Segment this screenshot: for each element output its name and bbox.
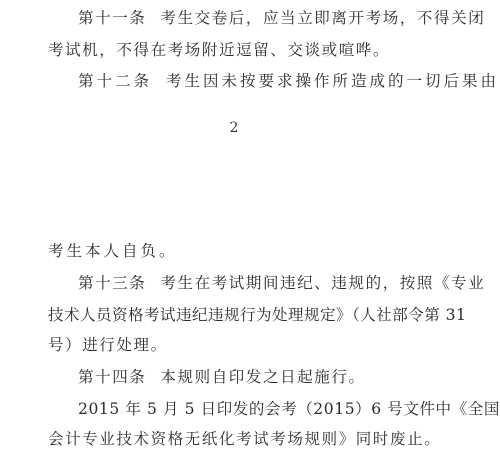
article-14-line-1: 第十四条本规则自印发之日起施行。 (78, 366, 432, 388)
article-11-text: 考生交卷后，应当立即离开考场，不得关闭 (160, 9, 485, 27)
article-11-line-2: 考试机，不得在考场附近逗留、交谈或喧哗。 (48, 39, 432, 61)
article-11-line-1: 第十一条考生交卷后，应当立即离开考场，不得关闭 (78, 7, 432, 29)
article-14-label: 第十四条 (78, 368, 146, 386)
article-13-line-1: 第十三条考生在考试期间违纪、违规的，按照《专业 (78, 272, 432, 294)
article-12-continuation: 考生本人自负。 (48, 240, 432, 262)
article-12-line-1: 第十二条考生因未按要求操作所造成的一切后果由 (78, 70, 432, 92)
article-13-line-3: 号）进行处理。 (48, 334, 432, 356)
repeal-line-2: 会计专业技术资格无纸化考试考场规则》同时废止。 (48, 428, 432, 450)
article-13-label: 第十三条 (78, 274, 146, 292)
repeal-line-1: 2015 年 5 月 5 日印发的会考（2015）6 号文件中《全国 (78, 398, 432, 420)
page-number: 2 (0, 119, 468, 137)
article-14-text: 本规则自印发之日起施行。 (160, 368, 365, 386)
article-13-line-2: 技术人员资格考试违纪违规行为处理规定》（人社部令第 31 (48, 304, 432, 326)
article-13-text: 考生在考试期间违纪、违规的，按照《专业 (160, 274, 485, 292)
article-11-label: 第十一条 (78, 9, 146, 27)
article-12-text: 考生因未按要求操作所造成的一切后果由 (166, 72, 499, 90)
article-12-label: 第十二条 (78, 72, 152, 90)
